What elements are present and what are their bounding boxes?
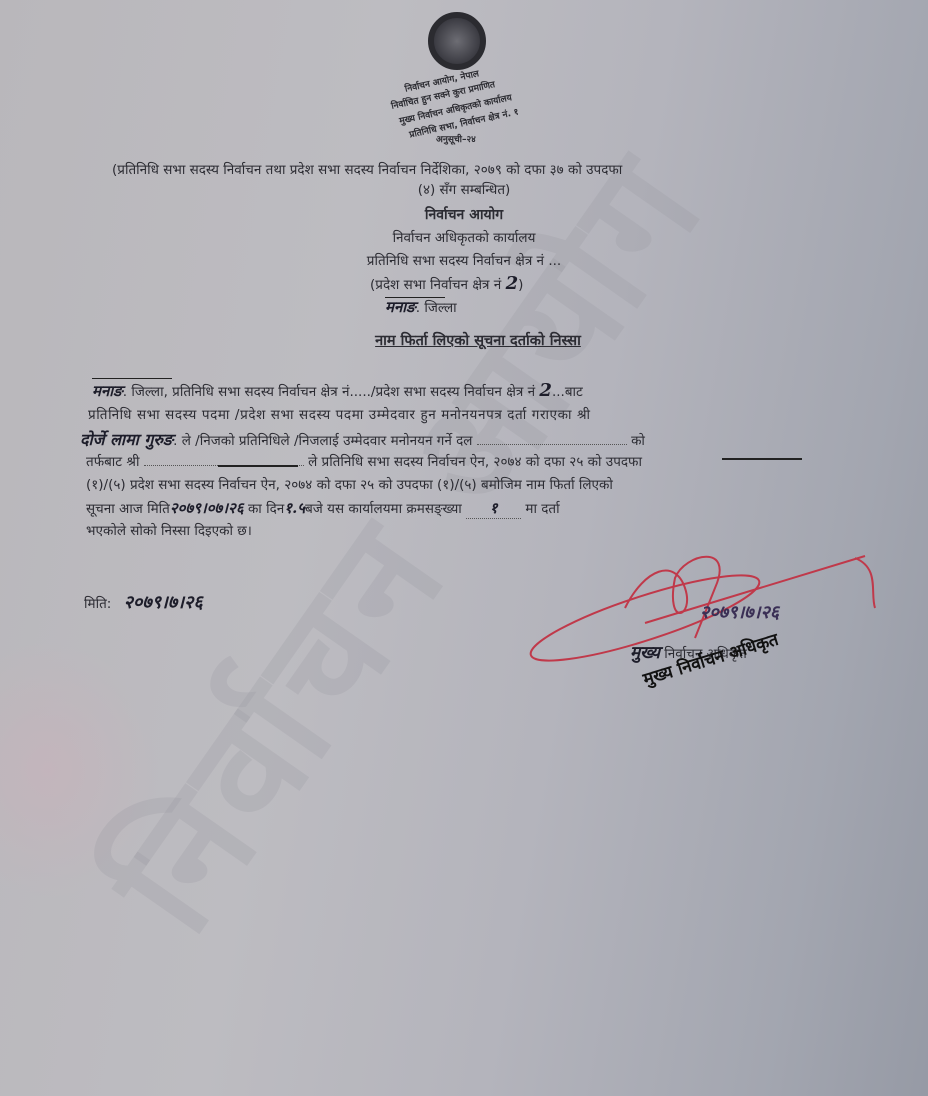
body-line-1: मनाङ. जिल्ला, प्रतिनिधि सभा सदस्य निर्वा…	[92, 380, 583, 401]
reference-line: (प्रतिनिधि सभा सदस्य निर्वाचन तथा प्रदेश…	[112, 160, 622, 178]
candidate-name: दोर्जे लामा गुरुङ	[80, 430, 173, 449]
district-blank-line	[92, 378, 172, 379]
body-text: . जिल्ला, प्रतिनिधि सभा सदस्य निर्वाचन क…	[123, 384, 535, 400]
commission-name: निर्वाचन आयोग	[0, 205, 928, 224]
body-text: का दिन	[248, 501, 284, 517]
office-seal: निर्वाचन आयोग, नेपाल निर्वाचित हुन सक्ने…	[378, 8, 558, 148]
body-line-5: (१)/(५) प्रदेश सभा सदस्य निर्वाचन ऐन, २०…	[86, 475, 613, 493]
body-line-3: दोर्जे लामा गुरुङ. ले /निजको प्रतिनिधिले…	[80, 428, 645, 450]
document-title: नाम फिर्ता लिएको सूचना दर्ताको निस्सा	[14, 330, 928, 350]
body-text: ले प्रतिनिधि सभा सदस्य निर्वाचन ऐन, २०७४…	[308, 454, 642, 470]
serial-number: १	[466, 498, 521, 519]
province-constituency-label: (प्रदेश सभा निर्वाचन क्षेत्र नं	[370, 277, 501, 293]
footer-date: मिति: २०७९।७।२६	[84, 590, 203, 614]
seal-anusuchi: अनुसूची–२४	[436, 132, 476, 145]
party-blank	[477, 444, 627, 445]
district-handwritten: मनाङ	[385, 298, 416, 316]
body-line-7: भएकोले सोको निस्सा दिइएको छ।	[86, 521, 252, 539]
signature-date: २०७९।७।२६	[700, 600, 779, 624]
office-name: निर्वाचन अधिकृतको कार्यालय	[0, 228, 928, 246]
body-line-4: तर्फबाट श्री ले प्रतिनिधि सभा सदस्य निर्…	[86, 452, 642, 470]
hor-constituency: प्रतिनिधि सभा सदस्य निर्वाचन क्षेत्र नं …	[0, 251, 928, 269]
district-line: मनाङ. जिल्ला	[385, 297, 457, 317]
emblem-icon	[428, 12, 486, 70]
body-text: बजे यस कार्यालयमा क्रमसङ्ख्या	[305, 501, 462, 517]
district-label: जिल्ला	[424, 300, 456, 316]
signatory-handwritten: मुख्य	[630, 643, 660, 663]
body-line-6: सूचना आज मिति२०७९।०७।२६ का दिन१.५बजे यस …	[86, 498, 560, 519]
representative-dash	[218, 465, 298, 467]
body-text: . ले /निजको प्रतिनिधिले /निजलाई उम्मेदवा…	[173, 433, 472, 449]
party-dash	[722, 458, 802, 460]
body-text: ...बाट	[552, 384, 583, 400]
body-text: सूचना आज मिति	[86, 501, 170, 517]
date-label: मिति:	[84, 596, 111, 612]
body-district: मनाङ	[92, 382, 123, 400]
body-text: मा दर्ता	[525, 501, 559, 517]
body-text: तर्फबाट श्री	[86, 454, 139, 470]
filing-date: २०७९।०७।२६	[170, 499, 244, 517]
reference-line-cont: (४) सँग सम्बन्धित)	[0, 180, 928, 198]
body-text: को	[631, 433, 645, 449]
filing-time: १.५	[284, 499, 305, 517]
body-constituency-number: 2	[539, 380, 552, 401]
province-constituency: (प्रदेश सभा निर्वाचन क्षेत्र नं 2)	[370, 273, 523, 294]
body-line-2: प्रतिनिधि सभा सदस्य पदमा /प्रदेश सभा सदस…	[88, 405, 591, 423]
date-value: २०७९।७।२६	[124, 592, 203, 613]
province-constituency-number: 2	[506, 273, 519, 294]
